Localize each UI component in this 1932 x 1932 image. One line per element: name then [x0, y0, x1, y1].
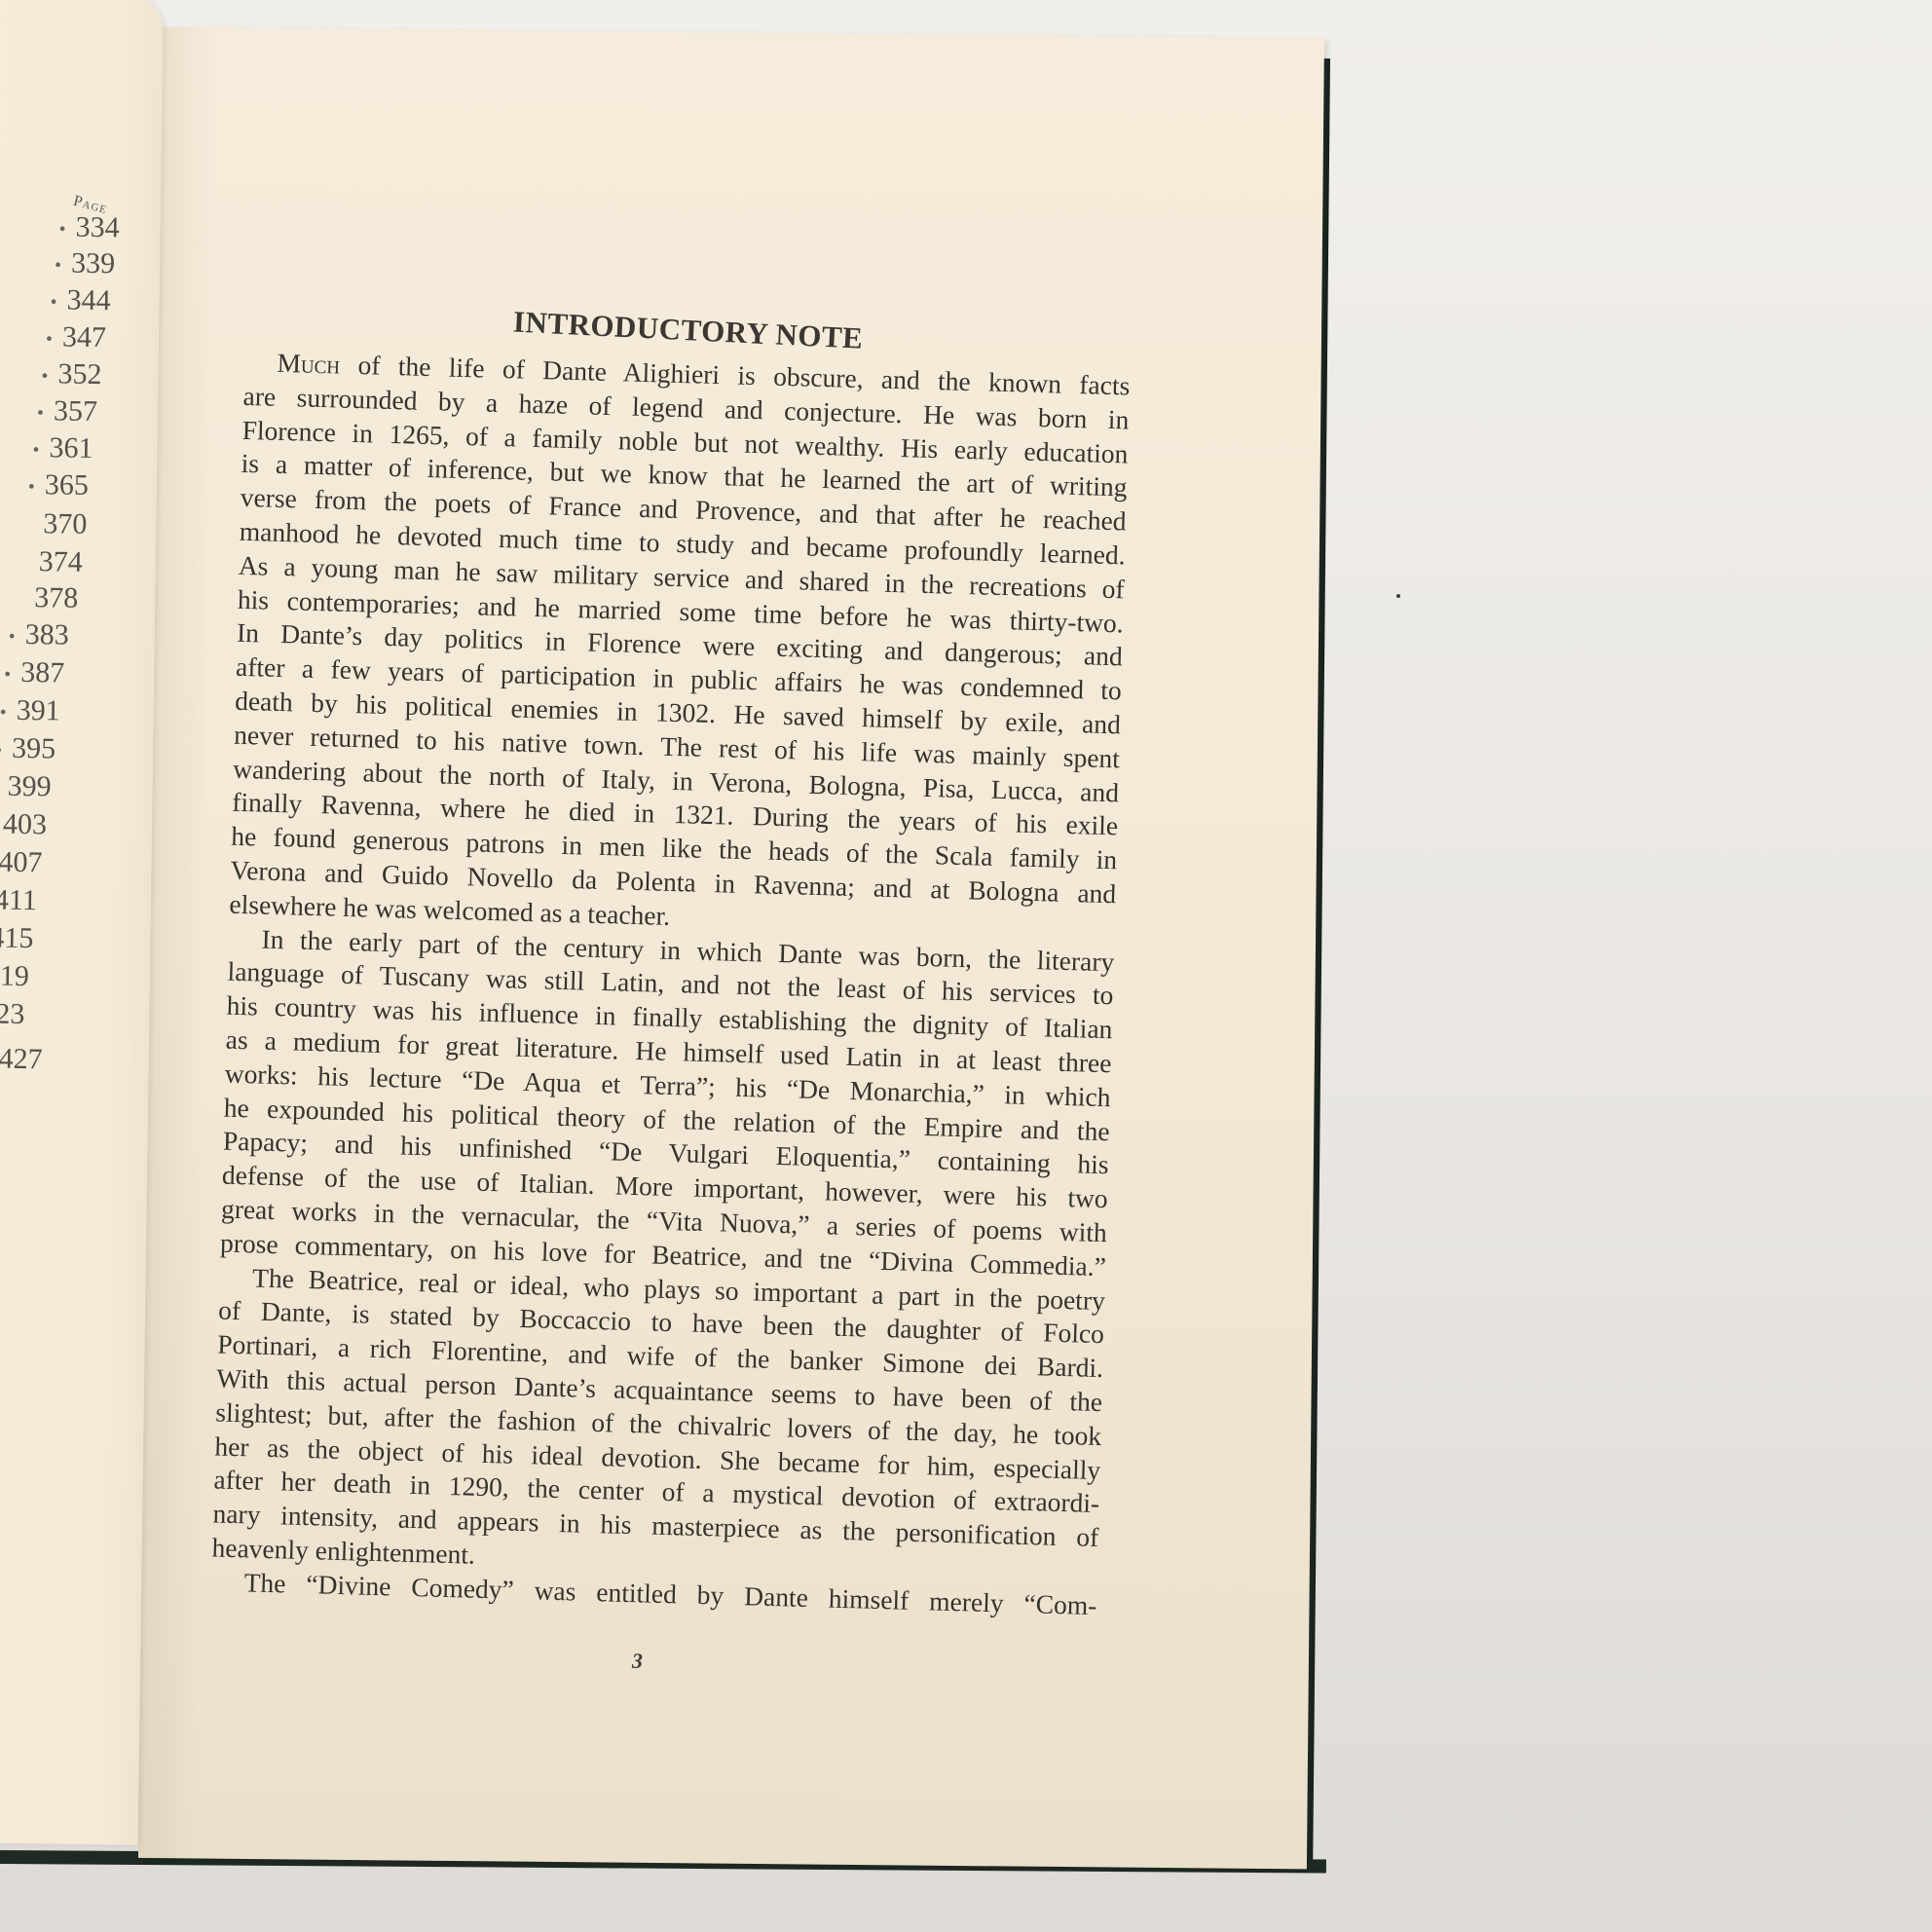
left-page: Page •334 •339 •344 •347 •352 •357 •361 …: [0, 0, 164, 1845]
toc-page-number: •403: [0, 807, 47, 841]
toc-page-number: •407: [0, 845, 43, 879]
toc-page-number: •347: [46, 320, 106, 354]
toc-page-number: •387: [4, 656, 64, 690]
page-text-block: INTRODUCTORY NOTE Much of the life of Da…: [210, 301, 1132, 1623]
leader-dot-icon: •: [4, 663, 11, 685]
toc-page-number: •399: [0, 770, 52, 804]
toc-page-number: 370: [43, 507, 87, 541]
toc-page-number: •419: [0, 959, 29, 993]
leader-dot-icon: •: [50, 291, 56, 313]
lead-small-caps: Much: [277, 348, 340, 380]
leader-dot-icon: •: [55, 254, 61, 276]
leader-dot-icon: •: [0, 739, 2, 761]
toc-page-number: 378: [34, 581, 78, 615]
toc-page-number: •339: [55, 246, 115, 280]
toc-page-number: •344: [50, 283, 110, 317]
leader-dot-icon: •: [46, 328, 53, 350]
dust-speck: [1396, 594, 1400, 598]
toc-page-number: •334: [58, 210, 119, 244]
toc-page-number: •352: [41, 357, 101, 391]
toc-page-number: •361: [32, 431, 93, 465]
photo-scene: INTRODUCTORY NOTE Much of the life of Da…: [0, 0, 1932, 1932]
right-page: INTRODUCTORY NOTE Much of the life of Da…: [138, 27, 1324, 1869]
leader-dot-icon: •: [28, 476, 35, 498]
toc-page-number: •411: [0, 883, 37, 917]
leader-dot-icon: •: [32, 439, 39, 461]
toc-page-number: •423: [0, 997, 25, 1031]
toc-page-number-column: Page •334 •339 •344 •347 •352 •357 •361 …: [0, 0, 164, 1845]
paragraph-3: The Beatrice, real or ideal, who plays s…: [211, 1260, 1105, 1589]
toc-page-number: •383: [9, 618, 69, 652]
toc-page-number: 374: [39, 545, 83, 579]
leader-dot-icon: •: [41, 365, 48, 387]
leader-dot-icon: •: [0, 701, 7, 723]
leader-dot-icon: •: [9, 625, 16, 647]
toc-page-number: 427: [0, 1043, 43, 1077]
toc-page-number: •395: [0, 732, 56, 766]
page-number: 3: [632, 1649, 643, 1674]
toc-page-number: •357: [37, 394, 97, 428]
leader-dot-icon: •: [37, 402, 44, 424]
toc-page-number: •415: [0, 921, 34, 955]
toc-page-number: •391: [0, 694, 60, 728]
paragraph-1: Much of the life of Dante Alighieri is o…: [229, 346, 1131, 946]
leader-dot-icon: •: [58, 218, 65, 240]
toc-page-number: •365: [28, 468, 89, 502]
paragraph-2: In the early part of the century in whic…: [220, 921, 1115, 1283]
